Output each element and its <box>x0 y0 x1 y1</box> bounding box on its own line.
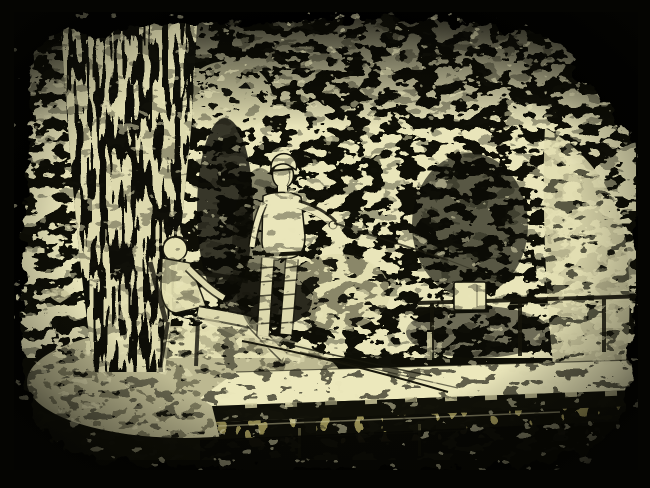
stylized-photo: Duotone sketch-filtered photo of a fores… <box>0 0 650 488</box>
scene-canvas <box>0 0 650 488</box>
vignette-gradient <box>0 0 650 488</box>
